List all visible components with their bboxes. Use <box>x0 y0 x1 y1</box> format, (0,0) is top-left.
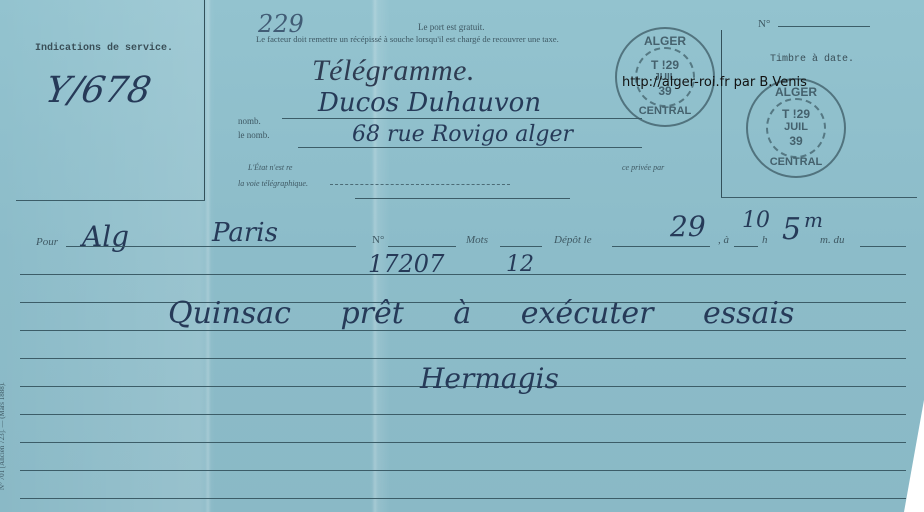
mots-label: Mots <box>466 234 488 246</box>
no-line <box>388 246 456 247</box>
right-box-bottom <box>721 197 917 198</box>
ruled-line <box>20 274 906 275</box>
right-box-border <box>721 30 722 198</box>
hour-value: 10 <box>742 208 770 233</box>
hour-line <box>734 246 758 247</box>
depot-label: Dépôt le <box>554 234 592 246</box>
right-no-label: N° <box>758 18 770 30</box>
a-label: , à <box>718 234 729 246</box>
pour-label: Pour <box>36 236 58 248</box>
ruled-line <box>20 414 906 415</box>
depot-day: 29 <box>670 210 706 243</box>
disclaimer-line2: la voie télégraphique. <box>238 179 308 188</box>
watermark-text: http://alger-roi.fr par B.Venis <box>622 75 807 90</box>
service-indications-label: Indications de service. <box>35 43 173 54</box>
name-line <box>282 118 642 119</box>
meridian-value: m <box>804 208 823 232</box>
right-no-line <box>778 26 870 27</box>
disclaimer-right: ce privée par <box>622 163 664 172</box>
service-box-border <box>204 0 205 200</box>
torn-corner <box>904 400 924 512</box>
disclaimer-line1: L'État n'est re <box>248 163 292 172</box>
form-number-margin: N° 701 [Ancien 723]. — (Mars 1888). <box>0 382 6 490</box>
message-signature: Hermagis <box>420 362 559 395</box>
m-du-label: m. du <box>820 234 844 246</box>
ruled-line <box>20 498 906 499</box>
depot-line <box>612 246 710 247</box>
pour-value: Alg <box>82 220 129 253</box>
message-body: Quinsac prêt à exécuter essais <box>168 296 794 331</box>
service-box-bottom <box>16 200 205 201</box>
dashed-line <box>330 184 510 185</box>
address-label: le nomb. <box>238 130 270 140</box>
name-label: nomb. <box>238 116 261 126</box>
notice-receipt: Le facteur doit remettre un récépissé à … <box>256 34 559 44</box>
ruled-line <box>20 442 906 443</box>
notice-free-postage: Le port est gratuit. <box>418 22 484 32</box>
date-stamp-alger-2: ALGER T !29 JUIL 39 CENTRAL <box>746 78 846 178</box>
h-label: h <box>762 234 768 246</box>
timbre-label: Timbre à date. <box>770 54 854 65</box>
paper-fold <box>205 0 211 512</box>
ruled-line <box>20 470 906 471</box>
origin-value: Paris <box>212 218 278 248</box>
du-line <box>860 246 906 247</box>
address-line <box>298 147 642 148</box>
minutes-value: 5 <box>782 212 801 247</box>
ruled-line <box>20 358 906 359</box>
pour-line <box>66 246 356 247</box>
service-handwritten-code: Y/678 <box>42 70 154 111</box>
mots-line <box>500 246 542 247</box>
telegram-title: Télégramme. <box>312 54 475 88</box>
disclaimer-underline <box>355 198 570 199</box>
no-label: N° <box>372 234 384 246</box>
recipient-address: 68 rue Rovigo alger <box>352 122 573 147</box>
recipient-name: Ducos Duhauvon <box>318 88 541 118</box>
telegram-paper: Indications de service. Y/678 229 Le por… <box>0 0 924 512</box>
